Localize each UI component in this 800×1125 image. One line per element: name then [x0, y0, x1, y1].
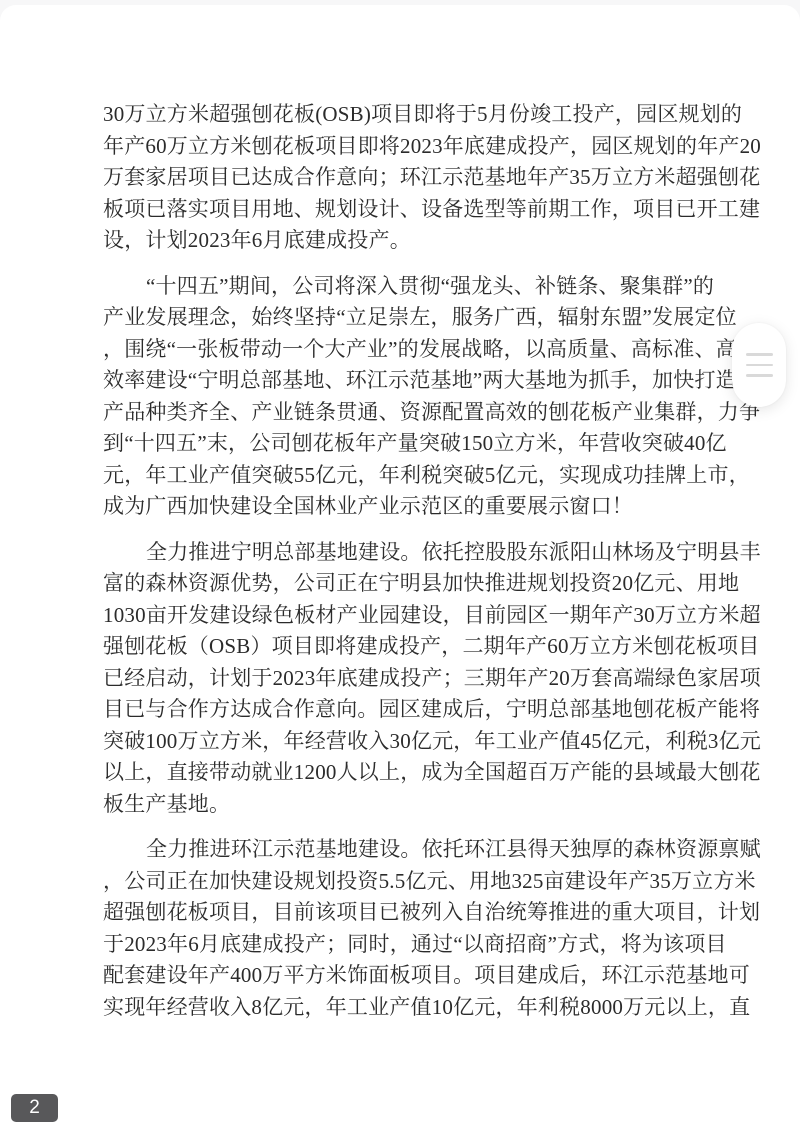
- text-line: 产业发展理念，始终坚持“立足崇左，服务广西，辐射东盟”发展定位: [103, 302, 685, 334]
- hamburger-menu-icon: [746, 353, 773, 377]
- document-page: 30万立方米超强刨花板(OSB)项目即将于5月份竣工投产，园区规划的年产60万立…: [0, 5, 800, 1125]
- text-line: 设，计划2023年6月底建成投产。: [103, 225, 685, 257]
- text-line: 突破100万立方米，年经营收入30亿元，年工业产值45亿元，利税3亿元: [103, 726, 685, 758]
- text-line: 全力推进环江示范基地建设。依托环江县得天独厚的森林资源禀赋: [103, 834, 685, 866]
- text-line: 已经启动，计划于2023年底建成投产；三期年产20万套高端绿色家居项: [103, 663, 685, 695]
- paragraph: 30万立方米超强刨花板(OSB)项目即将于5月份竣工投产，园区规划的年产60万立…: [103, 99, 685, 257]
- text-line: 于2023年6月底建成投产；同时，通过“以商招商”方式，将为该项目: [103, 929, 685, 961]
- text-line: 富的森林资源优势，公司正在宁明县加快推进规划投资20亿元、用地: [103, 568, 685, 600]
- text-line: 超强刨花板项目，目前该项目已被列入自治统筹推进的重大项目，计划: [103, 897, 685, 929]
- text-line: 元，年工业产值突破55亿元，年利税突破5亿元，实现成功挂牌上市，: [103, 460, 685, 492]
- text-line: 实现年经营收入8亿元，年工业产值10亿元，年利税8000万元以上，直: [103, 992, 685, 1024]
- text-line: 配套建设年产400万平方米饰面板项目。项目建成后，环江示范基地可: [103, 960, 685, 992]
- text-line: 年产60万立方米刨花板项目即将2023年底建成投产，园区规划的年产20: [103, 131, 685, 163]
- paragraph: “十四五”期间，公司将深入贯彻“强龙头、补链条、聚集群”的产业发展理念，始终坚持…: [103, 271, 685, 523]
- text-line: 万套家居项目已达成合作意向；环江示范基地年产35万立方米超强刨花: [103, 162, 685, 194]
- text-line: 目已与合作方达成合作意向。园区建成后，宁明总部基地刨花板产能将: [103, 694, 685, 726]
- text-line: 板生产基地。: [103, 789, 685, 821]
- text-line: 以上，直接带动就业1200人以上，成为全国超百万产能的县域最大刨花: [103, 757, 685, 789]
- text-line: 效率建设“宁明总部基地、环江示范基地”两大基地为抓手，加快打造: [103, 365, 685, 397]
- document-body: 30万立方米超强刨花板(OSB)项目即将于5月份竣工投产，园区规划的年产60万立…: [103, 99, 685, 1023]
- text-line: 30万立方米超强刨花板(OSB)项目即将于5月份竣工投产，园区规划的: [103, 99, 685, 131]
- text-line: 全力推进宁明总部基地建设。依托控股股东派阳山林场及宁明县丰: [103, 537, 685, 569]
- text-line: 板项已落实项目用地、规划设计、设备选型等前期工作，项目已开工建: [103, 194, 685, 226]
- text-line: 强刨花板（OSB）项目即将建成投产，二期年产60万立方米刨花板项目: [103, 631, 685, 663]
- paragraph: 全力推进宁明总部基地建设。依托控股股东派阳山林场及宁明县丰富的森林资源优势，公司…: [103, 537, 685, 821]
- menu-button[interactable]: [732, 323, 786, 407]
- page-number-badge: 2: [11, 1094, 58, 1122]
- text-line: “十四五”期间，公司将深入贯彻“强龙头、补链条、聚集群”的: [103, 271, 685, 303]
- text-line: 产品种类齐全、产业链条贯通、资源配置高效的刨花板产业集群，力争: [103, 397, 685, 429]
- paragraph: 全力推进环江示范基地建设。依托环江县得天独厚的森林资源禀赋，公司正在加快建设规划…: [103, 834, 685, 1023]
- text-line: 1030亩开发建设绿色板材产业园建设，目前园区一期年产30万立方米超: [103, 600, 685, 632]
- text-line: ，公司正在加快建设规划投资5.5亿元、用地325亩建设年产35万立方米: [103, 866, 685, 898]
- page-number: 2: [29, 1097, 40, 1119]
- text-line: 到“十四五”末，公司刨花板年产量突破150立方米，年营收突破40亿: [103, 428, 685, 460]
- text-line: 成为广西加快建设全国林业产业示范区的重要展示窗口！: [103, 491, 685, 523]
- text-line: ，围绕“一张板带动一个大产业”的发展战略，以高质量、高标准、高: [103, 334, 685, 366]
